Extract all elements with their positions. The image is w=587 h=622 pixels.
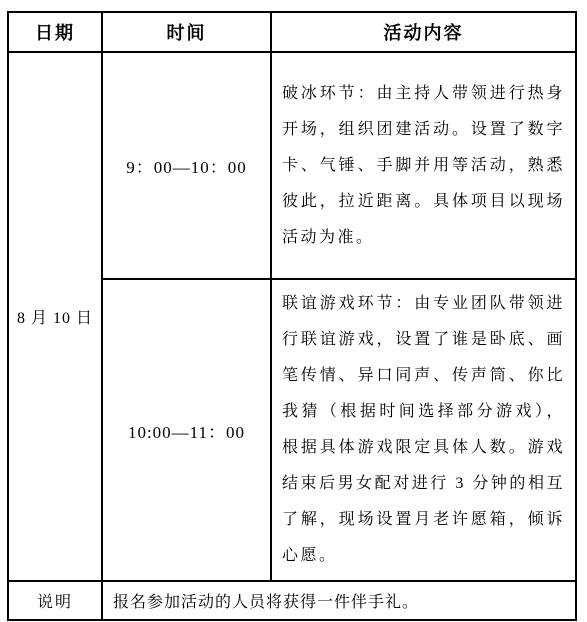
schedule-table: 日期 时间 活动内容 8 月 10 日 9：00—10：00 破冰环节：由主持人…	[7, 11, 577, 621]
table-header-row: 日期 时间 活动内容	[8, 12, 576, 52]
header-cell-activity: 活动内容	[271, 12, 576, 52]
table-row-morning: 8 月 10 日 9：00—10：00 破冰环节：由主持人带领进行热身开场，组织…	[8, 52, 576, 279]
time-cell-1: 9：00—10：00	[102, 52, 271, 279]
activity-cell-games: 联谊游戏环节：由专业团队带领进行联谊游戏，设置了谁是卧底、画笔传情、异口同声、传…	[271, 279, 576, 581]
note-text-cell: 报名参加活动的人员将获得一件伴手礼。	[102, 581, 576, 620]
header-cell-date: 日期	[8, 12, 102, 52]
document-page: 日期 时间 活动内容 8 月 10 日 9：00—10：00 破冰环节：由主持人…	[0, 0, 587, 622]
header-cell-time: 时间	[102, 12, 271, 52]
note-label-cell: 说明	[8, 581, 102, 620]
table-row-note: 说明 报名参加活动的人员将获得一件伴手礼。	[8, 581, 576, 620]
time-cell-2: 10:00—11：00	[102, 279, 271, 581]
date-cell: 8 月 10 日	[8, 52, 102, 581]
activity-cell-icebreaker: 破冰环节：由主持人带领进行热身开场，组织团建活动。设置了数字卡、气锤、手脚并用等…	[271, 52, 576, 279]
